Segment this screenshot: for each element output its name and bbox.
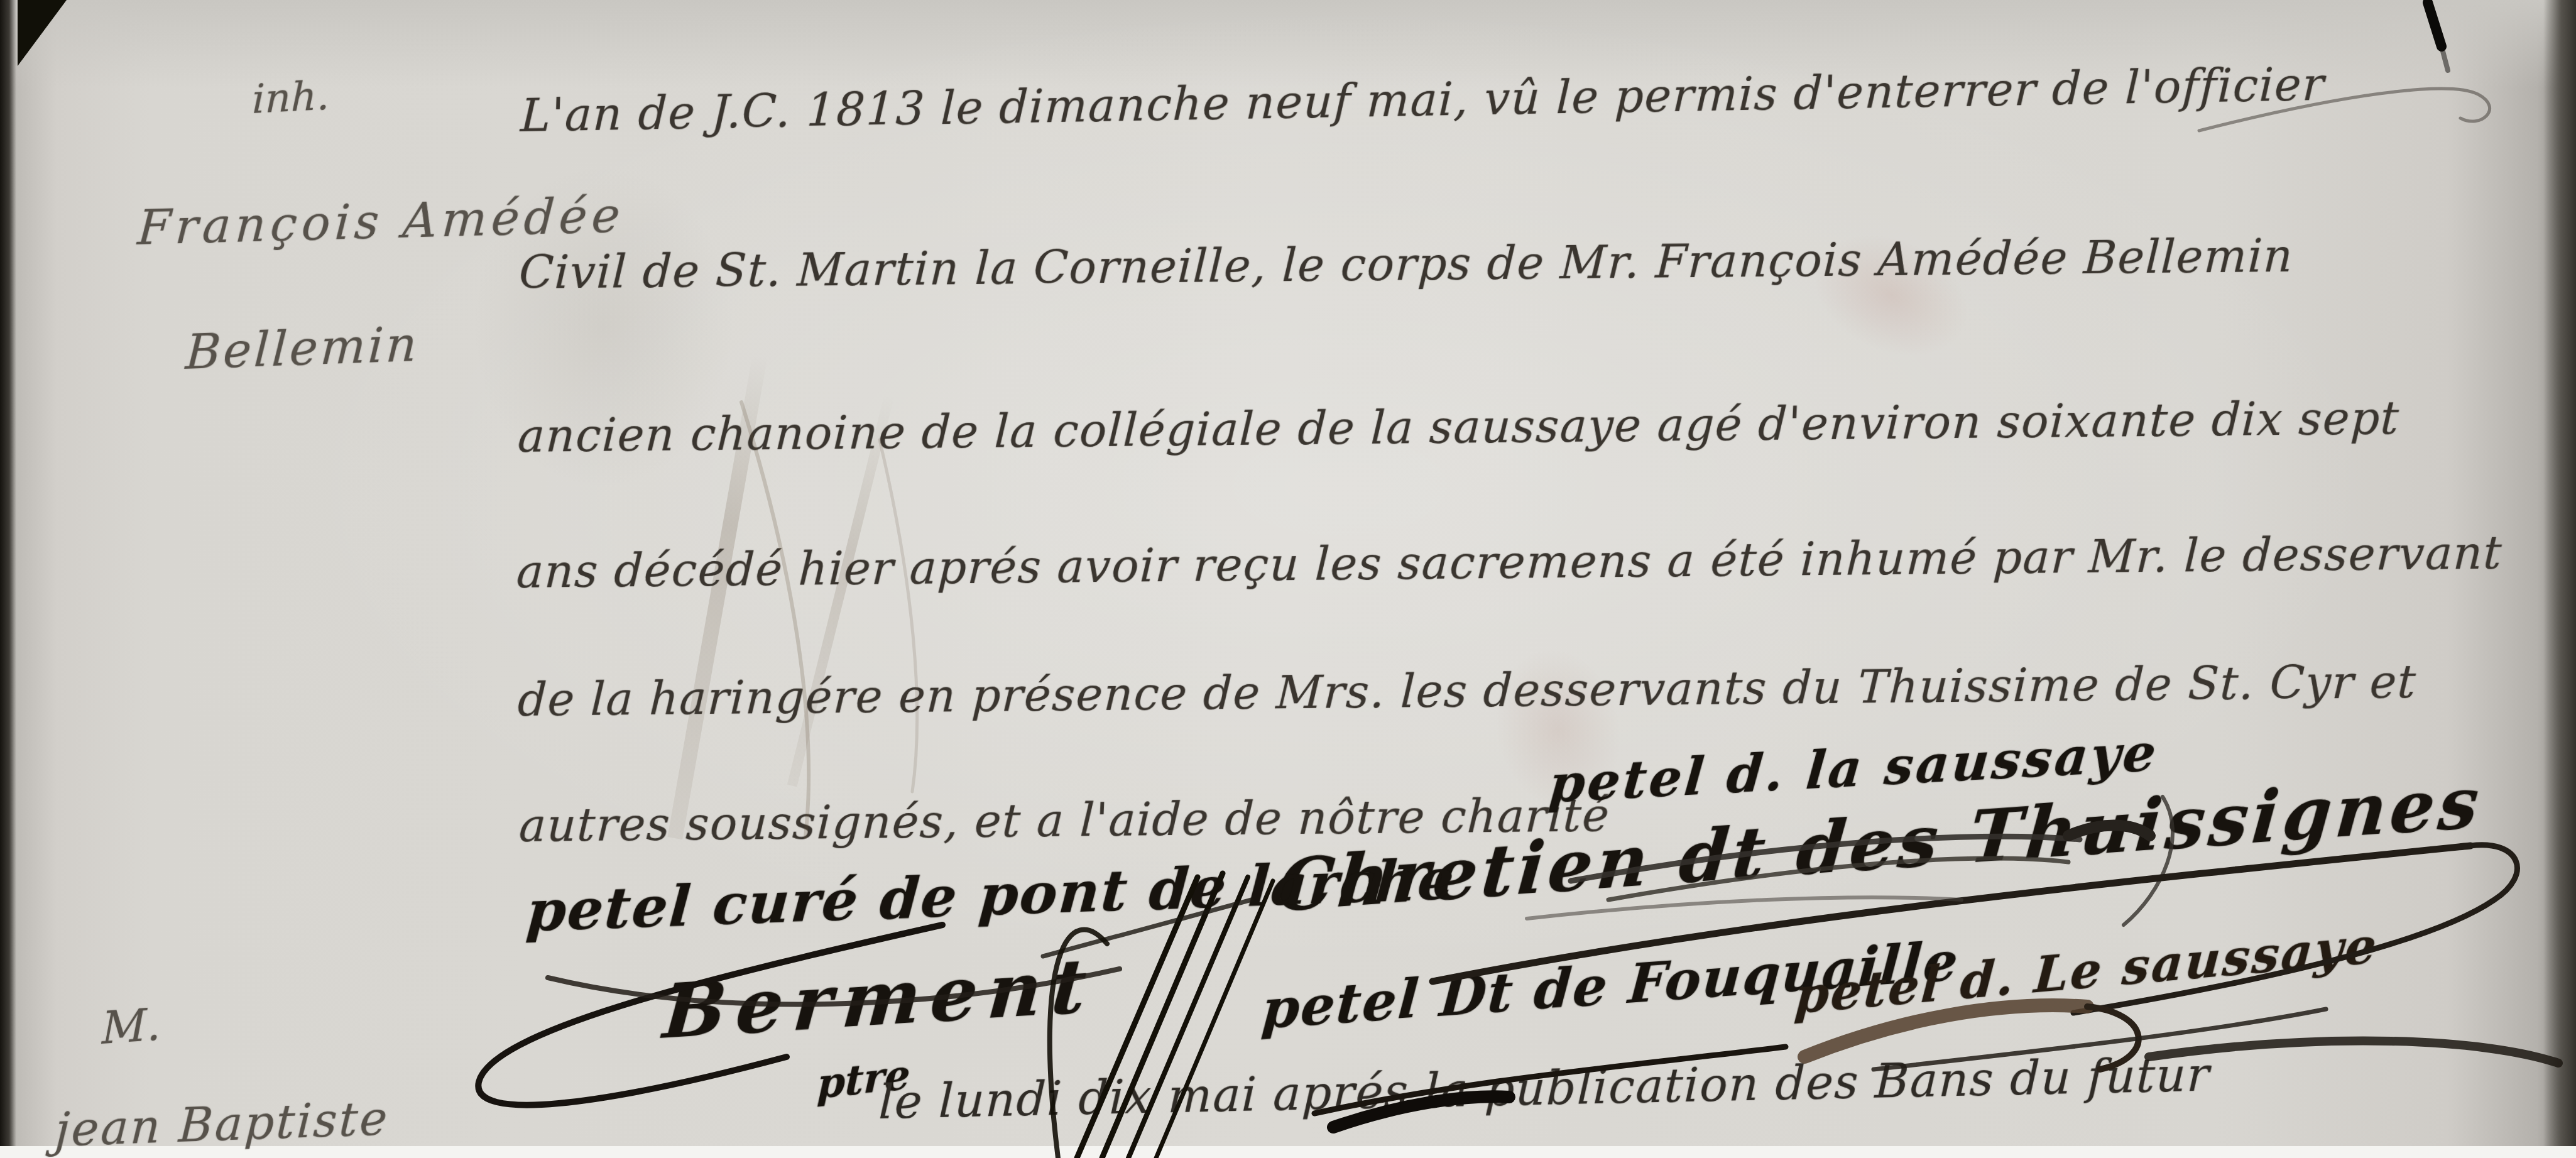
document-page: inh. François Amédée Bellemin M. jean Ba… (0, 0, 2576, 1158)
decorative-flourishes (0, 0, 2576, 1158)
page-number-mark (2428, 3, 2448, 70)
